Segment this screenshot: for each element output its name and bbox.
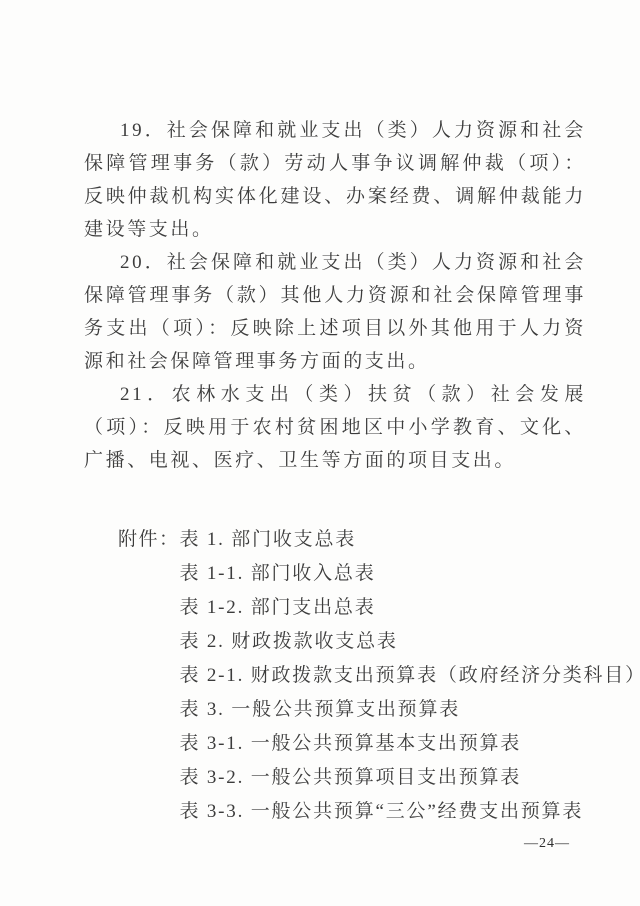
attachment-item-table-3: 表 3. 一般公共预算支出预算表 [180,693,640,727]
attachment-item-table-3-1: 表 3-1. 一般公共预算基本支出预算表 [180,727,640,761]
attachment-list: 表 1. 部门收支总表 表 1-1. 部门收入总表 表 1-2. 部门支出总表 … [180,523,640,829]
attachment-item-table-1: 表 1. 部门收支总表 [180,523,640,557]
attachment-item-table-3-2: 表 3-2. 一般公共预算项目支出预算表 [180,761,640,795]
attachment-item-table-2-1: 表 2-1. 财政拨款支出预算表（政府经济分类科目） [180,659,640,693]
document-page: 19．社会保障和就业支出（类）人力资源和社会保障管理事务（款）劳动人事争议调解仲… [0,0,640,906]
page-number: —24— [524,836,570,852]
document-content: 19．社会保障和就业支出（类）人力资源和社会保障管理事务（款）劳动人事争议调解仲… [84,114,586,829]
attachment-item-table-1-2: 表 1-2. 部门支出总表 [180,591,640,625]
attachment-item-table-1-1: 表 1-1. 部门收入总表 [180,557,640,591]
attachment-item-table-2: 表 2. 财政拨款收支总表 [180,625,640,659]
paragraph-20: 20．社会保障和就业支出（类）人力资源和社会保障管理事务（款）其他人力资源和社会… [84,246,586,378]
attachment-item-table-3-3: 表 3-3. 一般公共预算“三公”经费支出预算表 [180,795,640,829]
attachment-section: 附件： 表 1. 部门收支总表 表 1-1. 部门收入总表 表 1-2. 部门支… [118,523,586,829]
paragraph-21: 21．农林水支出（类）扶贫（款）社会发展（项）：反映用于农村贫困地区中小学教育、… [84,378,586,477]
paragraph-19: 19．社会保障和就业支出（类）人力资源和社会保障管理事务（款）劳动人事争议调解仲… [84,114,586,246]
attachment-label: 附件： [118,523,180,557]
